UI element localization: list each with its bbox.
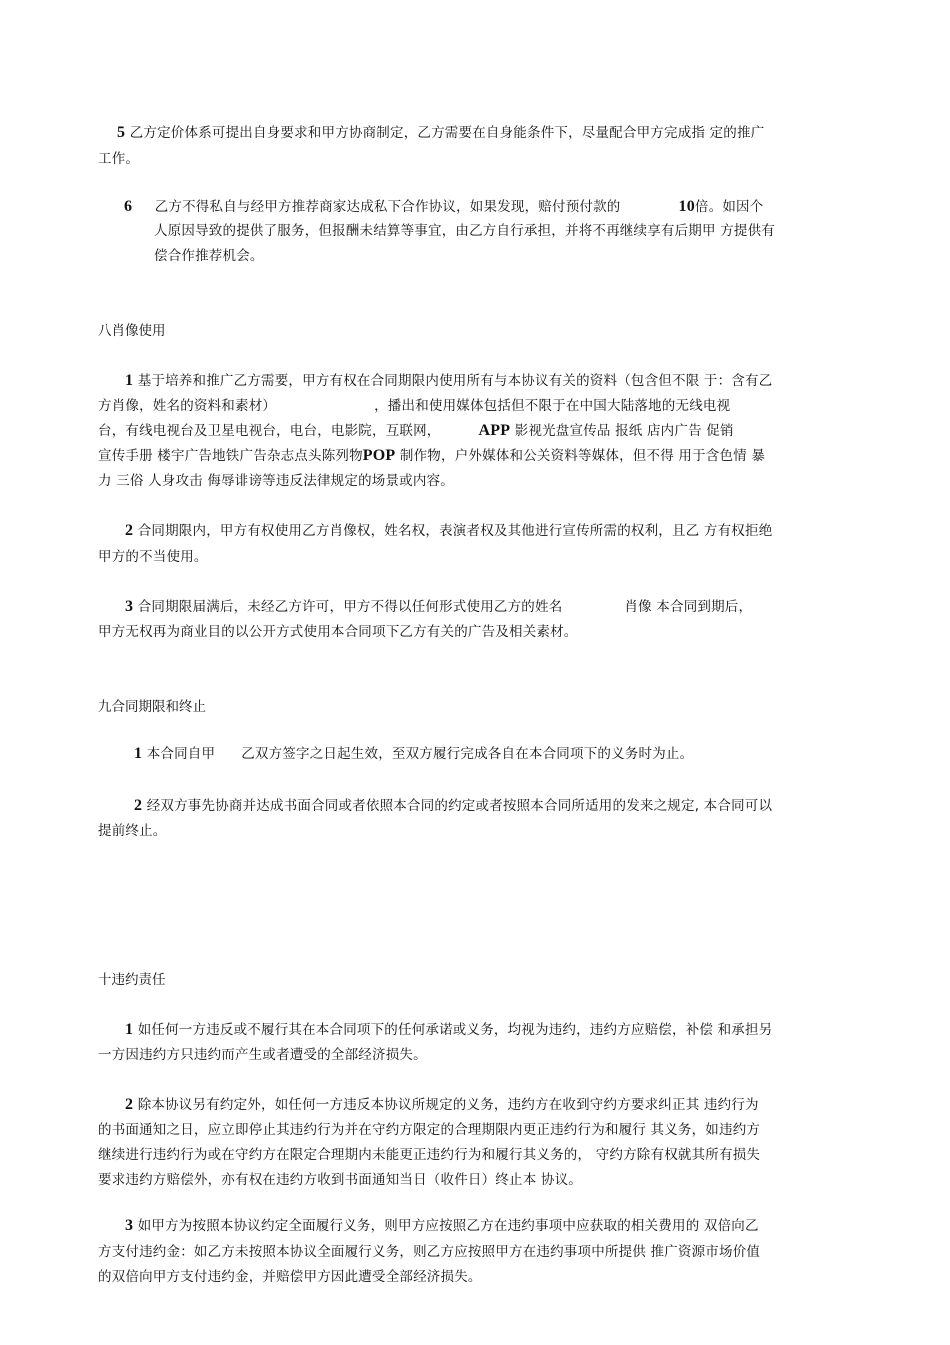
section-heading-breach-liability: 十违约责任 [98, 967, 166, 993]
clause-text: 制作物，户外媒体和公关资料等媒体，但不得 用于含色情 暴 [400, 448, 765, 464]
clause-number: 1 [125, 1021, 133, 1038]
clause-7-5-line-2: 工作。 [98, 146, 139, 172]
clause-8-1-line-4: 宣传手册 楼宇广告地铁广告杂志点头陈列物POP 制作物，户外媒体和公关资料等媒体… [98, 443, 765, 469]
clause-8-2-line-2: 甲方的不当使用。 [98, 544, 208, 570]
pop-term: POP [363, 447, 396, 464]
multiplier-number: 10 [679, 198, 695, 215]
clause-9-1-line-1: 1 本合同自甲乙双方签字之日起生效，至双方履行完成各自在本合同项下的义务时为止。 [134, 741, 693, 767]
clause-8-1-line-3: 台，有线电视台及卫星电视台，电台，电影院，互联网，APP 影视光盘宣传品 报纸 … [98, 418, 734, 444]
clause-text: 肖像 本合同到期后， [624, 599, 752, 615]
clause-text: 宣传手册 楼宇广告地铁广告杂志点头陈列物 [98, 448, 363, 464]
clause-8-2-line-1: 2 合同期限内，甲方有权使用乙方肖像权，姓名权，表演者权及其他进行宣传所需的权利… [125, 518, 772, 544]
clause-7-6-line-3: 偿合作推荐机会。 [154, 243, 264, 269]
clause-number: 1 [125, 372, 133, 389]
clause-text: 乙双方签字之日起生效，至双方履行完成各自在本合同项下的义务时为止。 [241, 746, 693, 762]
clause-text: 影视光盘宣传品 报纸 店内广告 促销 [515, 423, 734, 439]
clause-10-1-line-1: 1 如任何一方违反或不履行其在本合同项下的任何承诺或义务，均视为违约，违约方应赔… [125, 1017, 772, 1043]
clause-text: 除本协议另有约定外，如任何一方违反本协议所规定的义务，违约方在收到守约方要求纠正… [138, 1097, 759, 1113]
clause-10-2-line-1: 2 除本协议另有约定外，如任何一方违反本协议所规定的义务，违约方在收到守约方要求… [125, 1092, 759, 1118]
clause-number: 2 [125, 522, 133, 539]
clause-number: 5 [117, 124, 125, 141]
clause-10-3-line-2: 方支付违约金：如乙方未按照本协议全面履行义务，则乙方应按照甲方在违约事项中所提供… [98, 1239, 760, 1265]
clause-number: 2 [125, 1096, 133, 1113]
clause-text: 台，有线电视台及卫星电视台，电台，电影院，互联网， [98, 423, 441, 439]
clause-text: 本合同自甲 [147, 746, 216, 762]
clause-7-6-line-1: 6 乙方不得私自与经甲方推荐商家达成私下合作协议，如果发现，赔付预付款的10倍。… [124, 194, 763, 220]
clause-10-2-line-2: 的书面通知之日，应立即停止其违约行为并在守约方限定的合理期限内更正违约行为和履行… [98, 1117, 760, 1143]
clause-8-1-line-5: 力 三俗 人身攻击 侮辱诽谤等违反法律规定的场景或内容。 [98, 468, 454, 494]
clause-7-5-line-1: 5 乙方定价体系可提出自身要求和甲方协商制定，乙方需要在自身能条件下，尽量配合甲… [117, 120, 764, 146]
clause-number: 2 [134, 797, 142, 814]
clause-text: 如任何一方违反或不履行其在本合同项下的任何承诺或义务，均视为违约，违约方应赔偿，… [138, 1022, 773, 1038]
clause-text: 经双方事先协商并达成书面合同或者依照本合同的约定或者按照本合同所适用的发来之规定… [147, 798, 772, 814]
clause-text: 倍。如因个 [695, 199, 764, 215]
app-term: APP [479, 422, 511, 439]
clause-7-6-line-2: 人原因导致的提供了服务，但报酬未结算等事宜，由乙方自行承担，并将不再继续享有后期… [154, 218, 775, 244]
clause-8-1-line-2: 方肖像，姓名的资料和素材），播出和使用媒体包括但不限于在中国大陆落地的无线电视 [98, 393, 730, 419]
clause-number: 6 [124, 198, 132, 215]
clause-10-2-line-3: 继续进行违约行为或在守约方在限定合理期内未能更正违约行为和履行其义务的， 守约方… [98, 1142, 760, 1168]
clause-10-1-line-2: 一方因违约方只违约而产生或者遭受的全部经济损失。 [98, 1042, 427, 1068]
clause-text: 乙方不得私自与经甲方推荐商家达成私下合作协议，如果发现，赔付预付款的 [155, 199, 621, 215]
clause-text: ，播出和使用媒体包括但不限于在中国大陆落地的无线电视 [374, 398, 730, 414]
clause-8-3-line-1: 3 合同期限届满后，未经乙方许可，甲方不得以任何形式使用乙方的姓名肖像 本合同到… [125, 594, 752, 620]
clause-10-3-line-3: 的双倍向甲方支付违约金，并赔偿甲方因此遭受全部经济损失。 [98, 1264, 482, 1290]
clause-9-2-line-1: 2 经双方事先协商并达成书面合同或者依照本合同的约定或者按照本合同所适用的发来之… [134, 793, 772, 819]
section-heading-term-and-termination: 九合同期限和终止 [98, 694, 206, 720]
clause-10-2-line-4: 要求违约方赔偿外，亦有权在违约方收到书面通知当日（收件日）终止本 协议。 [98, 1167, 582, 1193]
clause-8-1-line-1: 1 基于培养和推广乙方需要，甲方有权在合同期限内使用所有与本协议有关的资料（包含… [125, 368, 772, 394]
clause-number: 1 [134, 745, 142, 762]
section-heading-portrait-use: 八肖像使用 [98, 318, 166, 344]
clause-text: 乙方定价体系可提出自身要求和甲方协商制定，乙方需要在自身能条件下，尽量配合甲方完… [130, 125, 765, 141]
clause-text: 基于培养和推广乙方需要，甲方有权在合同期限内使用所有与本协议有关的资料（包含但不… [138, 373, 773, 389]
clause-text: 方肖像，姓名的资料和素材） [98, 398, 276, 414]
clause-text: 如甲方为按照本协议约定全面履行义务，则甲方应按照乙方在违约事项中应获取的相关费用… [138, 1218, 759, 1234]
clause-9-2-line-2: 提前终止。 [98, 818, 167, 844]
clause-number: 3 [125, 1217, 133, 1234]
clause-text: 合同期限届满后，未经乙方许可，甲方不得以任何形式使用乙方的姓名 [138, 599, 563, 615]
clause-number: 3 [125, 598, 133, 615]
clause-text: 合同期限内，甲方有权使用乙方肖像权，姓名权，表演者权及其他进行宣传所需的权利，且… [138, 523, 773, 539]
clause-10-3-line-1: 3 如甲方为按照本协议约定全面履行义务，则甲方应按照乙方在违约事项中应获取的相关… [125, 1213, 759, 1239]
clause-8-3-line-2: 甲方无权再为商业目的以公开方式使用本合同项下乙方有关的广告及相关素材。 [98, 619, 578, 645]
